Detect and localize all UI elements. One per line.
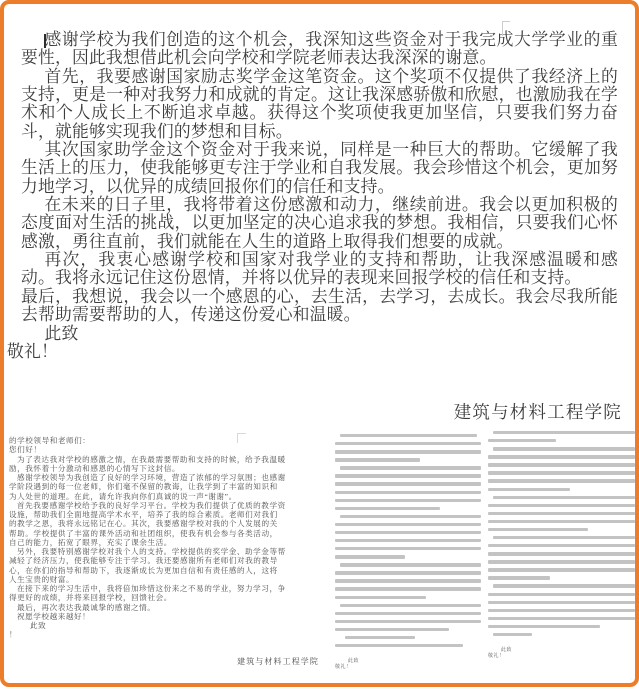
- illegible-text-line: [488, 471, 635, 474]
- thumbnail-text-line: 帮助。学校提供了丰富的课外活动和社团组织，使我有机会参与各类活动，: [9, 529, 325, 538]
- illegible-text-line: [493, 447, 635, 450]
- illegible-text-line: [335, 612, 481, 615]
- letter-paragraph: 敬礼！: [7, 343, 618, 361]
- letter-signature: 建筑与材料工程学院: [454, 399, 622, 424]
- thumbnail-closing-text: 此致: [501, 647, 512, 652]
- illegible-text-line: [345, 636, 415, 639]
- letter-body[interactable]: 感谢学校为我们创造的这个机会，我深知这些资金对于我完成大学学业的重要性，因此我想…: [21, 31, 618, 361]
- illegible-text-line: [335, 450, 481, 453]
- illegible-text-line: [488, 528, 588, 531]
- thumbnail-text-line: 为了表达我对学校的感激之情，在我最需要帮助和支持的时候，给予我温暖: [9, 455, 325, 464]
- illegible-text-line: [488, 439, 556, 442]
- illegible-text-line: [335, 499, 481, 502]
- thumbnail-text-line: 得更好的成绩，并将来回报学校，回馈社会。: [9, 593, 325, 602]
- illegible-text-line: [335, 507, 440, 510]
- illegible-text-line: [488, 601, 635, 604]
- illegible-text-line: [340, 604, 481, 607]
- illegible-text-line: [488, 479, 635, 482]
- illegible-text-line: [335, 442, 481, 445]
- illegible-text-line: [335, 531, 481, 534]
- document-preview-window: 感谢学校为我们创造的这个机会，我深知这些资金对于我完成大学学业的重要性，因此我想…: [0, 0, 639, 689]
- illegible-text-line: [335, 539, 481, 542]
- illegible-text-line: [335, 596, 426, 599]
- illegible-text-line: [340, 466, 481, 469]
- thumbnail-text-line: 首先我要感谢学校给予我的良好学习平台。学校为我们提供了优质的教学资: [9, 501, 325, 510]
- illegible-text-line: [488, 463, 635, 466]
- letter-paragraph: 其次国家助学金这个资金对于我来说，同样是一种巨大的帮助。它缓解了我生活上的压力，…: [21, 141, 618, 196]
- letter-paragraph: 最后，我想说，我会以一个感恩的心，去生活，去学习，去成长。我会尽我所能去帮助需要…: [21, 288, 618, 325]
- illegible-text-line: [340, 434, 477, 437]
- thumbnail-text-line: 的教学之恩，我将永远铭记在心。其次，我要感谢学校对我的个人发展的关: [9, 519, 325, 528]
- illegible-text-line: [335, 474, 481, 477]
- letter-paragraph: 在未来的日子里，我将带着这份感激和动力，继续前进。我会以更加积极的态度面对生活的…: [21, 196, 618, 251]
- illegible-text-line: [335, 547, 481, 550]
- illegible-text-line: [335, 628, 449, 631]
- illegible-text-line: [335, 587, 481, 590]
- illegible-text-line: [488, 593, 635, 596]
- thumbnail-closing-text: 敬礼！: [335, 664, 352, 669]
- illegible-text-line: [493, 431, 635, 434]
- illegible-text-line: [488, 544, 635, 547]
- illegible-text-line: [488, 520, 635, 523]
- thumbnail-text-line: 另外，我要特别感谢学校对我个人的支持。学校提供的奖学金、助学金等帮: [9, 547, 325, 556]
- page-corner-mark-icon: [237, 433, 246, 443]
- illegible-text-line: [488, 552, 635, 555]
- illegible-text-line: [493, 584, 635, 587]
- thumbnail-text-line: 最后，再次表达我最诚挚的感谢之情。: [9, 603, 325, 612]
- illegible-text-line: [488, 560, 635, 563]
- illegible-text-line: [488, 488, 570, 491]
- letter-paragraph: 再次，我衷心感谢学校和国家对我学业的支持和帮助，让我深感温暖和感动。我将永远记住…: [21, 251, 618, 288]
- illegible-text-line: [335, 571, 481, 574]
- thumbnail-text-line: 励，我怀着十分激动和感恩的心情写下这封信。: [9, 464, 325, 473]
- thumbnail-page-right: 此致敬礼！: [488, 431, 635, 653]
- illegible-text-line: [335, 555, 405, 558]
- illegible-text-line: [335, 620, 481, 623]
- thumbnail-text-line: 为人处世的道理。在此，请允许我向你们真诚的说一声“谢谢”。: [9, 492, 325, 501]
- illegible-text-line: [335, 482, 481, 485]
- illegible-text-line: [488, 504, 635, 507]
- document-page: 感谢学校为我们创造的这个机会，我深知这些资金对于我完成大学学业的重要性，因此我想…: [4, 4, 635, 683]
- illegible-text-line: [488, 625, 600, 628]
- thumbnail-text-line: 减轻了经济压力，使我能够专注于学习。我还要感谢所有老师们对我的教导: [9, 556, 325, 565]
- thumbnail-text-line: 的学校领导和老师们：: [9, 436, 325, 445]
- thumbnail-page-left: 的学校领导和老师们：您们好！为了表达我对学校的感激之情，在我最需要帮助和支持的时…: [9, 436, 325, 666]
- thumbnail-page-middle: 此致敬礼！: [335, 434, 481, 664]
- thumbnail-text-line: 在接下来的学习生活中，我将倍加珍惜这份来之不易的学业，努力学习，争: [9, 584, 325, 593]
- illegible-text-line: [335, 579, 481, 582]
- illegible-text-line: [488, 455, 635, 458]
- illegible-text-line: [488, 512, 635, 515]
- illegible-text-line: [335, 644, 463, 647]
- letter-paragraph: 首先，我要感谢国家励志奖学金这笔资金。这个奖项不仅提供了我经济上的支持，更是一种…: [21, 68, 618, 141]
- thumbnail-closing-text: 敬礼！: [488, 653, 505, 658]
- thumbnail-text-line: ！: [9, 630, 325, 639]
- thumbnail-text-line: 学阶段遇到的每一位老师，你们毫不保留的教诲，让我学到了丰富的知识和: [9, 482, 325, 491]
- page-corner-mark-icon: [502, 21, 510, 36]
- illegible-text-line: [335, 523, 481, 526]
- illegible-text-line: [488, 568, 635, 571]
- thumbnail-text-line: 祝愿学校越来越好！: [9, 612, 325, 621]
- thumbnail-closing-text: 此致: [348, 658, 359, 663]
- illegible-text-line: [493, 496, 635, 499]
- thumbnail-signature: 建筑与材料工程学院: [9, 657, 325, 666]
- thumbnail-text-line: 人生宝贵的财富。: [9, 575, 325, 584]
- illegible-text-line: [340, 563, 481, 566]
- illegible-text-line: [340, 515, 481, 518]
- letter-paragraph: 感谢学校为我们创造的这个机会，我深知这些资金对于我完成大学学业的重要性，因此我想…: [21, 31, 618, 68]
- illegible-text-line: [488, 617, 635, 620]
- thumbnail-text-line: 您们好！: [9, 445, 325, 454]
- illegible-text-line: [335, 458, 420, 461]
- thumbnail-text-line: 此致: [9, 621, 325, 630]
- thumbnail-text-line: 自己的能力，拓宽了眼界，充实了课余生活。: [9, 538, 325, 547]
- thumbnail-text-line: 设施，帮助我们全面地提高学术水平，培养了我的综合素质。老师们对我们: [9, 510, 325, 519]
- thumbnail-text-line: 感谢学校领导为我创造了良好的学习环境，营造了浓郁的学习氛围；也感谢: [9, 473, 325, 482]
- letter-paragraph: 此致: [21, 325, 618, 343]
- illegible-text-line: [335, 491, 481, 494]
- illegible-text-line: [488, 576, 550, 579]
- thumbnail-text-line: 心，在你们的指导和帮助下，我逐渐成长为更加自信和有责任感的人，这将: [9, 566, 325, 575]
- orange-frame-border: 感谢学校为我们创造的这个机会，我深知这些资金对于我完成大学学业的重要性，因此我想…: [0, 0, 639, 687]
- illegible-text-line: [488, 609, 635, 612]
- illegible-text-line: [493, 536, 635, 539]
- illegible-text-line: [493, 633, 532, 636]
